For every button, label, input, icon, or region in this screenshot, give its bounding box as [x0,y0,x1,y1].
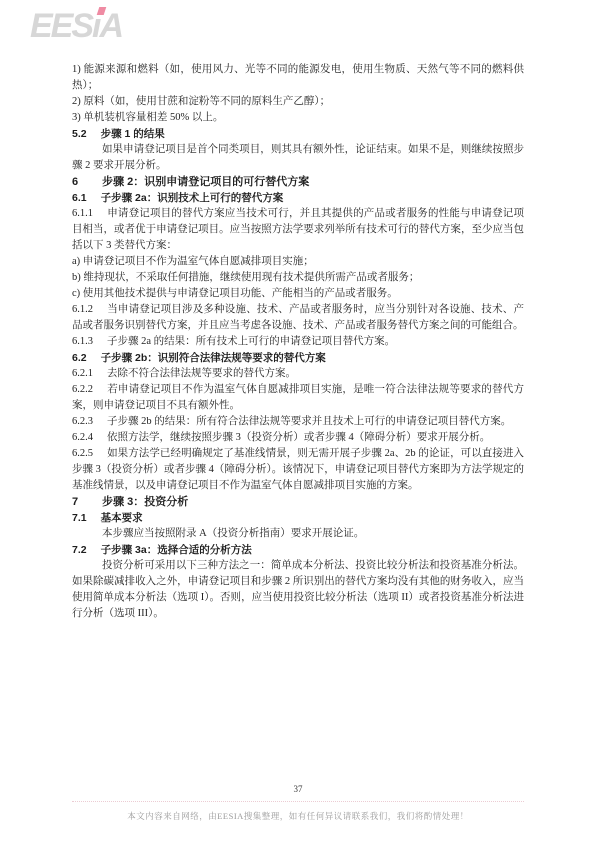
paragraph: 本步骤应当按照附录 A（投资分析指南）要求开展论证。 [72,526,524,542]
list-item: 1) 能源来源和燃料（如，使用风力、光等不同的能源发电，使用生物质、天然气等不同… [72,62,524,94]
text-run: c) 使用其他技术提供与申请登记项目功能、产能相当的产品或者服务。 [72,288,398,299]
section-number: 6.1.2 [72,304,93,315]
logo-letters-ees: EES [30,7,92,45]
logo-letter-i: ı [92,8,99,44]
section-heading: 7.2子步骤 3a：选择合适的分析方法 [72,542,524,558]
text-run: a) 申请登记项目不作为温室气体自愿减排项目实施； [72,256,314,267]
paragraph: 6.2.2若申请登记项目不作为温室气体自愿减排项目实施，是唯一符合法律法规等要求… [72,382,524,414]
section-number: 6.2.5 [72,448,93,459]
text-run: 当申请登记项目涉及多种设施、技术、产品或者服务时，应当分别针对各设施、技术、产品… [72,304,524,331]
document-page: EESıA 1) 能源来源和燃料（如，使用风力、光等不同的能源发电，使用生物质、… [0,0,596,842]
text-run: 投资分析可采用以下三种方法之一：简单成本分析法、投资比较分析法和投资基准分析法。… [72,560,524,619]
section-number: 6.2.2 [72,384,93,395]
section-heading: 7.1基本要求 [72,510,524,526]
section-number: 7 [72,496,78,508]
section-heading: 7步骤 3：投资分析 [72,494,524,510]
eesia-logo: EESıA [30,8,122,44]
text-run: 如果申请登记项目是首个同类项目，则其具有额外性，论证结束。如果不是，则继续按照步… [72,144,524,171]
section-number: 6 [72,176,78,188]
page-number: 37 [0,784,596,794]
text-run: 子步骤 2a 的结果：所有技术上可行的申请登记项目替代方案。 [107,336,395,347]
section-number: 6.1.3 [72,336,93,347]
text-run: 依照方法学，继续按照步骤 3（投资分析）或者步骤 4（障碍分析）要求开展分析。 [107,432,490,443]
document-body: 1) 能源来源和燃料（如，使用风力、光等不同的能源发电，使用生物质、天然气等不同… [72,62,524,622]
section-number: 7.1 [72,512,87,524]
list-item: 3) 单机装机容量相差 50% 以上。 [72,110,524,126]
paragraph: 6.2.4依照方法学，继续按照步骤 3（投资分析）或者步骤 4（障碍分析）要求开… [72,430,524,446]
paragraph: 如果申请登记项目是首个同类项目，则其具有额外性，论证结束。如果不是，则继续按照步… [72,142,524,174]
paragraph: 6.1.2当申请登记项目涉及多种设施、技术、产品或者服务时，应当分别针对各设施、… [72,302,524,334]
footer-disclaimer: 本文内容来自网络，由EESIA搜集整理，如有任何异议请联系我们，我们将酌情处理！ [0,810,596,822]
paragraph: 6.2.5如果方法学已经明确规定了基准线情景，则无需开展子步骤 2a、2b 的论… [72,446,524,494]
text-run: 步骤 1 的结果 [101,128,165,140]
section-number: 6.1 [72,192,87,204]
text-run: 本步骤应当按照附录 A（投资分析指南）要求开展论证。 [102,528,364,539]
section-number: 6.2.1 [72,368,93,379]
section-heading: 6.1子步骤 2a：识别技术上可行的替代方案 [72,190,524,206]
text-run: 1) 能源来源和燃料（如，使用风力、光等不同的能源发电，使用生物质、天然气等不同… [72,64,524,91]
text-run: 2) 原料（如，使用甘蔗和淀粉等不同的原料生产乙醇）； [72,96,330,107]
list-item: c) 使用其他技术提供与申请登记项目功能、产能相当的产品或者服务。 [72,286,524,302]
section-number: 7.2 [72,544,87,556]
list-item: a) 申请登记项目不作为温室气体自愿减排项目实施； [72,254,524,270]
text-run: 子步骤 2b 的结果：所有符合法律法规等要求并且技术上可行的申请登记项目替代方案… [107,416,511,427]
footer-divider [72,801,524,802]
list-item: 2) 原料（如，使用甘蔗和淀粉等不同的原料生产乙醇）； [72,94,524,110]
text-run: 子步骤 2b：识别符合法律法规等要求的替代方案 [101,352,326,364]
section-number: 5.2 [72,128,87,140]
text-run: 若申请登记项目不作为温室气体自愿减排项目实施，是唯一符合法律法规等要求的替代方案… [72,384,524,411]
paragraph: 6.2.1去除不符合法律法规等要求的替代方案。 [72,366,524,382]
section-heading: 6步骤 2：识别申请登记项目的可行替代方案 [72,174,524,190]
section-number: 6.2 [72,352,87,364]
text-run: 步骤 3：投资分析 [102,496,188,508]
text-run: 申请登记项目的替代方案应当技术可行，并且其提供的产品或者服务的性能与申请登记项目… [72,208,524,251]
text-run: b) 维持现状，不采取任何措施，继续使用现有技术提供所需产品或者服务； [72,272,419,283]
section-heading: 5.2步骤 1 的结果 [72,126,524,142]
text-run: 基本要求 [101,512,143,524]
section-number: 6.1.1 [72,208,93,219]
text-run: 子步骤 2a：识别技术上可行的替代方案 [101,192,284,204]
section-heading: 6.2子步骤 2b：识别符合法律法规等要求的替代方案 [72,350,524,366]
text-run: 3) 单机装机容量相差 50% 以上。 [72,112,223,123]
section-number: 6.2.4 [72,432,93,443]
paragraph: 6.1.3子步骤 2a 的结果：所有技术上可行的申请登记项目替代方案。 [72,334,524,350]
paragraph: 6.1.1申请登记项目的替代方案应当技术可行，并且其提供的产品或者服务的性能与申… [72,206,524,254]
text-run: 如果方法学已经明确规定了基准线情景，则无需开展子步骤 2a、2b 的论证，可以直… [72,448,524,491]
paragraph: 6.2.3子步骤 2b 的结果：所有符合法律法规等要求并且技术上可行的申请登记项… [72,414,524,430]
list-item: b) 维持现状，不采取任何措施，继续使用现有技术提供所需产品或者服务； [72,270,524,286]
section-number: 6.2.3 [72,416,93,427]
text-run: 子步骤 3a：选择合适的分析方法 [101,544,252,556]
text-run: 去除不符合法律法规等要求的替代方案。 [107,368,296,379]
paragraph: 投资分析可采用以下三种方法之一：简单成本分析法、投资比较分析法和投资基准分析法。… [72,558,524,622]
text-run: 步骤 2：识别申请登记项目的可行替代方案 [102,176,309,188]
